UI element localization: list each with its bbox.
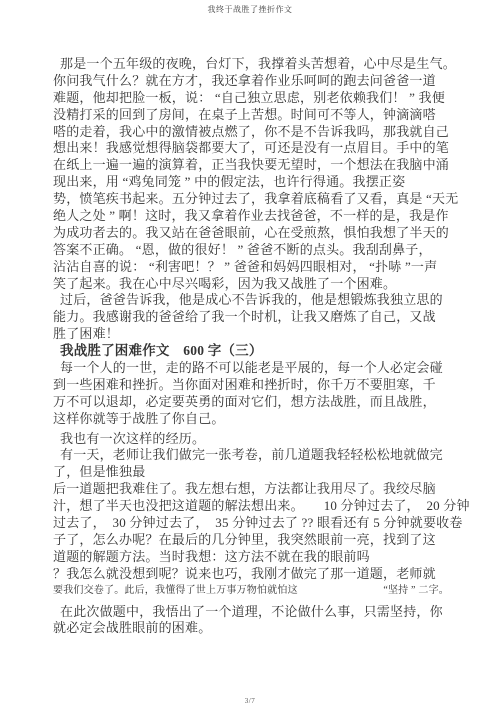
text-line: 过后，爸爸告诉我，他是成心不告诉我的，他是想锻炼我独立思的 xyxy=(53,292,449,309)
document-page: 我终于战胜了挫折作文 那是一个五年级的夜晚，台灯下，我撑着头苦想着，心中尽是生气… xyxy=(0,0,500,708)
text-line: 沾沾自喜的说： “利害吧！？ ” 爸爸和妈妈四眼相对， “扑哧 ”一声 xyxy=(53,259,449,276)
text-line: 到一些困难和挫折。当你面对困难和挫折时，你千万不要胆寒，千 xyxy=(53,377,449,394)
page-number: 3/7 xyxy=(0,697,500,705)
text-line: 势，愤笔疾书起来。五分钟过去了，我拿着底稿看了又看，真是 “天无 xyxy=(53,191,449,208)
text-line: 道题的解题方法。当时我想：这方法不就在我的眼前吗 xyxy=(53,549,449,566)
document-body: 那是一个五年级的夜晚，台灯下，我撑着头苦想着，心中尽是生气。你问我气什么？就在方… xyxy=(53,56,449,637)
text-line: 笑了起来。我在心中尽兴喝彩，因为我又战胜了一个困难。 xyxy=(53,276,449,293)
text-line: 那是一个五年级的夜晚，台灯下，我撑着头苦想着，心中尽是生气。 xyxy=(53,56,449,73)
text-line: 你问我气什么？就在方才，我还拿着作业乐呵呵的跑去问爸爸一道 xyxy=(53,73,449,90)
text-line: 要我们交卷了。此后，我懂得了世上万事万物怕就怕这“坚持 ” 二字。 xyxy=(53,583,449,600)
text-line: 就必定会战胜眼前的困难。 xyxy=(53,620,449,637)
text-line-right: “坚持 ” 二字。 xyxy=(383,583,449,600)
text-line: 子了，怎么办呢？在最后的几分钟里，我突然眼前一亮，找到了这 xyxy=(53,532,449,549)
text-line: 每一个人的一世，走的路不可以能老是平展的，每一个人必定会碰 xyxy=(53,360,449,377)
text-line: 了，但是惟独最 xyxy=(53,464,449,481)
text-line-left: 要我们交卷了。此后，我懂得了世上万事万物怕就怕这 xyxy=(53,583,298,600)
text-line: 汁，想了半天也没把这道题的解法想出来。 10 分钟过去了， 20 分钟 xyxy=(53,498,449,515)
text-line: 为成功者去的。我又站在爸爸眼前，心在受煎熬，惧怕我想了半天的 xyxy=(53,225,449,242)
text-line: 后一道题把我难住了。我左想右想，方法都让我用尽了。我绞尽脑 xyxy=(53,481,449,498)
text-line: 答案不正确。 “恩，做的很好！ ” 爸爸不断的点头。我刮刮鼻子， xyxy=(53,242,449,259)
text-line: 万不可以退却，必定要英勇的面对它们，想方法战胜，而且战胜， xyxy=(53,394,449,411)
document-header-title: 我终于战胜了挫折作文 xyxy=(0,4,500,15)
text-line: 没精打采的回到了房间，在桌子上苦想。时间可不等人，钟滴滴嗒 xyxy=(53,107,449,124)
text-line: 嗒的走着，我心中的激情被点燃了，你不是不告诉我吗，那我就自己 xyxy=(53,124,449,141)
text-line: 在纸上一遍一遍的演算着，正当我快要无望时，一个想法在我脑中涌 xyxy=(53,157,449,174)
text-line: 想出来！我感觉想得脑袋都要大了，可还是没有一点眉目。手中的笔 xyxy=(53,140,449,157)
text-line: ？我怎么就没想到呢？说来也巧，我刚才做完了那一道题，老师就 xyxy=(53,566,449,583)
text-line: 这样你就等于战胜了你自己。 xyxy=(53,411,449,428)
text-line: 有一天，老师让我们做完一张考卷，前几道题我轻轻松松地就做完 xyxy=(53,447,449,464)
text-line: 难题，他却把脸一板，说： “自己独立思虑，别老依赖我们！ ” 我便 xyxy=(53,90,449,107)
text-line: 在此次做题中，我悟出了一个道理，不论做什么事，只需坚持，你 xyxy=(53,604,449,621)
text-line: 现出来，用 “鸡兔同笼 ” 中的假定法，也许行得通。我摆正姿 xyxy=(53,174,449,191)
text-line: 绝人之处 ” 啊！这时，我又拿着作业去找爸爸，不一样的是，我是作 xyxy=(53,208,449,225)
text-line: 胜了困难！ xyxy=(53,326,449,343)
text-line: 能力。我感谢我的爸爸给了我一个时机，让我又磨炼了自己，又战 xyxy=(53,309,449,326)
text-line: 我也有一次这样的经历。 xyxy=(53,431,449,448)
section-heading: 我战胜了困难作文 600 字（三） xyxy=(53,343,449,360)
text-line: 过去了， 30 分钟过去了， 35 分钟过去了 ?? 眼看还有 5 分钟就要收卷 xyxy=(53,515,449,532)
